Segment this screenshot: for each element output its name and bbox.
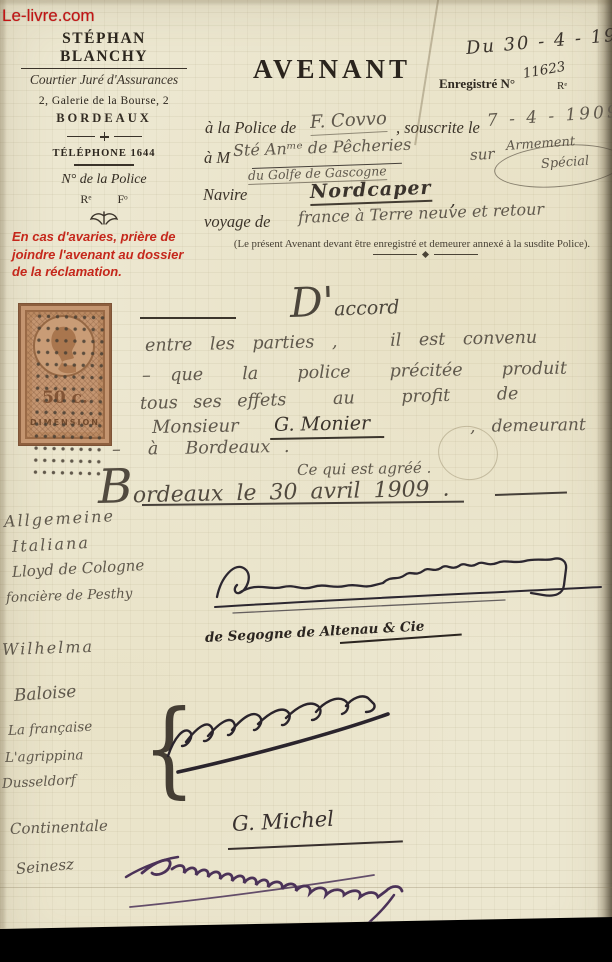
cross-icon [100, 132, 109, 141]
letterhead-rule2 [74, 164, 134, 166]
letterhead-phone: TÉLÉPHONE 1644 [16, 148, 192, 159]
form-line2-sur: sur [470, 145, 495, 164]
body-demeurant: , demeurant [470, 415, 586, 437]
form-line1-date: 7 - 4 - 1909 [486, 102, 612, 131]
letterhead-address: 2, Galerie de la Bourse, 2 [16, 95, 192, 107]
policy-refo: RᵉFᵒ [16, 192, 192, 207]
dateline-dash [495, 491, 567, 495]
avaries-notice-line3: de la réclamation. [12, 263, 214, 281]
body-line3: – que la police précitée produit [142, 359, 567, 386]
company-allgemeine: Allgemeine [4, 506, 116, 531]
form-line3-label: Navire [203, 185, 247, 205]
company-baloise: Baloise [13, 682, 77, 706]
avaries-notice-line1: En cas d'avaries, prière de [12, 228, 214, 246]
body-monsieur: Monsieur [152, 415, 239, 438]
signature-purple-svg [112, 843, 402, 943]
watermark: Le-livre.com [2, 6, 95, 26]
policy-re: Rᵉ [80, 192, 91, 206]
form-line3-ship: Nordcaper [310, 177, 432, 206]
form-line2-assured: Sté Anᵐᵉ de Pêcheries [233, 135, 412, 160]
company-fonciere: foncière de Pesthy [6, 586, 133, 606]
date-handwritten: Du 30 - 4 - 1909 [465, 22, 612, 59]
signature-paraph-svg [205, 547, 605, 617]
letterhead-name: STÉPHAN BLANCHY [16, 30, 192, 66]
company-lloyd: Lloyd de Cologne [12, 556, 145, 581]
cross-ornament [16, 132, 192, 141]
letterhead: STÉPHAN BLANCHY Courtier Juré d'Assuranc… [16, 30, 192, 233]
company-dusseldorf: Dusseldorf [2, 772, 77, 792]
avaries-notice: En cas d'avaries, prière de joindre l'av… [12, 228, 214, 281]
avaries-notice-line2: joindre l'avenant au dossier [12, 246, 214, 264]
body-line4: tous ses effets au profit de [140, 384, 519, 414]
form-line2-label: à M [204, 148, 230, 168]
scanned-document: Le-livre.com STÉPHAN BLANCHY Courtier Ju… [0, 0, 612, 962]
signature-gmichel: G. Michel [231, 807, 334, 836]
letterhead-city: BORDEAUX [16, 111, 192, 126]
fleuron-icon [89, 210, 119, 228]
registered-suffix: Rᵉ [557, 80, 567, 92]
registered-number: 11623 [522, 59, 567, 82]
form-note: (Le présent Avenant devant être enregist… [212, 238, 612, 250]
section-divider [355, 252, 495, 257]
body-line2: entre les parties , il est convenu [145, 328, 538, 356]
letterhead-rule [21, 68, 187, 69]
company-italiana: Italiana [12, 533, 91, 556]
registered-label: Enregistré N° [439, 76, 515, 92]
company-wilhelma: Wilhelma [2, 637, 95, 659]
paper: Le-livre.com STÉPHAN BLANCHY Courtier Ju… [0, 0, 612, 962]
signature-michel-large-svg [152, 686, 427, 778]
body-beneficiary: G. Monier [270, 412, 385, 440]
form-line1-insured: F. Covvo [309, 108, 387, 136]
policy-number-label: N° de la Police [16, 172, 192, 188]
signature-segogne: de Segogne de Altenau & Cie [205, 619, 425, 646]
body-dash-rule [140, 317, 236, 319]
body-accord: D'accord [289, 284, 399, 322]
body-line6: – à Bordeaux . [112, 437, 290, 460]
policy-fo: Fᵒ [117, 192, 127, 206]
company-continentale: Continentale [10, 817, 108, 838]
company-seinesz: Seinesz [15, 855, 74, 878]
diamond-icon [421, 251, 428, 258]
letterhead-role: Courtier Juré d'Assurances [16, 72, 192, 88]
punch-holes [31, 310, 109, 480]
document-title: AVENANT [252, 54, 412, 85]
form-line1-label: à la Police de [205, 118, 296, 138]
company-francaise: La française [8, 719, 93, 739]
company-agrippina: L'agrippina [5, 747, 84, 766]
